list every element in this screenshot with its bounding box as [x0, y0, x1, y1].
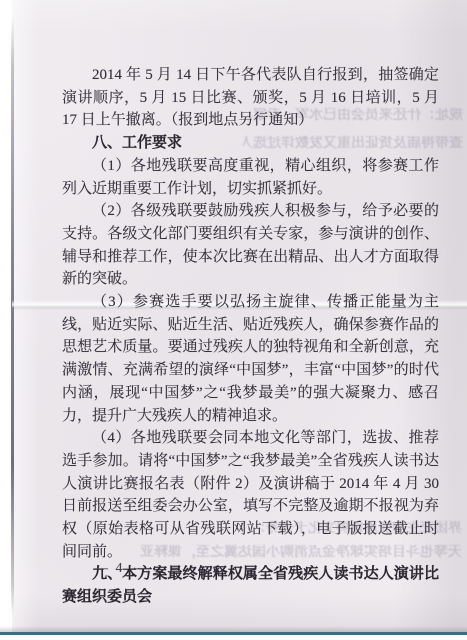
body-paragraph: （1）各地残联要高度重视，精心组织，将参赛工作列入近期重要工作计划，切实抓紧抓好…	[62, 155, 439, 200]
scan-background	[0, 635, 467, 640]
body-paragraph: （3）参赛选手要以弘扬主旋律、传播正能量为主线，贴近实际、贴近生活、贴近残疾人，…	[62, 291, 439, 427]
scanned-document-page: 规址：什还来员会由已水军，专家、其查带得庙及货证出重又发数详过选人界团充生均变用…	[0, 0, 467, 640]
page-number: — 4 —	[94, 561, 146, 577]
body-paragraph: （4）各地残联要会同本地文化等部门，选拔、推荐选手参加。请将“中国梦”之“我梦最…	[62, 427, 439, 563]
document-body: 2014 年 5 月 14 日下午各代表队自行报到，抽签确定演讲顺序，5 月 1…	[62, 64, 439, 609]
section-heading: 八、工作要求	[62, 132, 439, 155]
body-paragraph: （2）各级残联要鼓励残疾人积极参与，给予必要的支持。各级文化部门要组织有关专家，…	[62, 200, 439, 291]
page-left-edge-shadow	[11, 18, 14, 614]
body-paragraph: 2014 年 5 月 14 日下午各代表队自行报到，抽签确定演讲顺序，5 月 1…	[62, 64, 439, 132]
